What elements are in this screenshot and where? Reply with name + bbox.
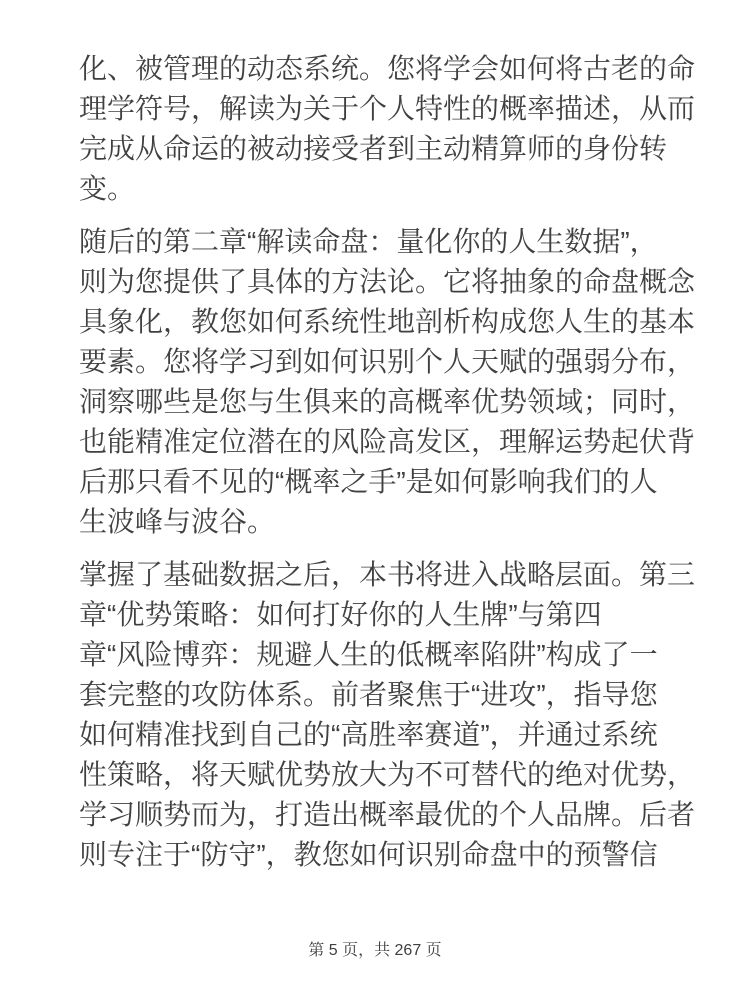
- document-page: 化、被管理的动态系统。您将学会如何将古老的命 理学符号，解读为关于个人特性的概率…: [0, 0, 750, 1000]
- page-footer: 第 5 页，共 267 页: [0, 941, 750, 961]
- paragraph-3: 掌握了基础数据之后，本书将进入战略层面。第三 章“优势策略：如何打好你的人生牌”…: [79, 555, 699, 875]
- page-body: 化、被管理的动态系统。您将学会如何将古老的命 理学符号，解读为关于个人特性的概率…: [79, 49, 699, 875]
- paragraph-1: 化、被管理的动态系统。您将学会如何将古老的命 理学符号，解读为关于个人特性的概率…: [79, 49, 699, 209]
- page-number-indicator: 第 5 页，共 267 页: [308, 942, 441, 959]
- paragraph-2: 随后的第二章“解读命盘：量化你的人生数据”， 则为您提供了具体的方法论。它将抽象…: [79, 222, 699, 542]
